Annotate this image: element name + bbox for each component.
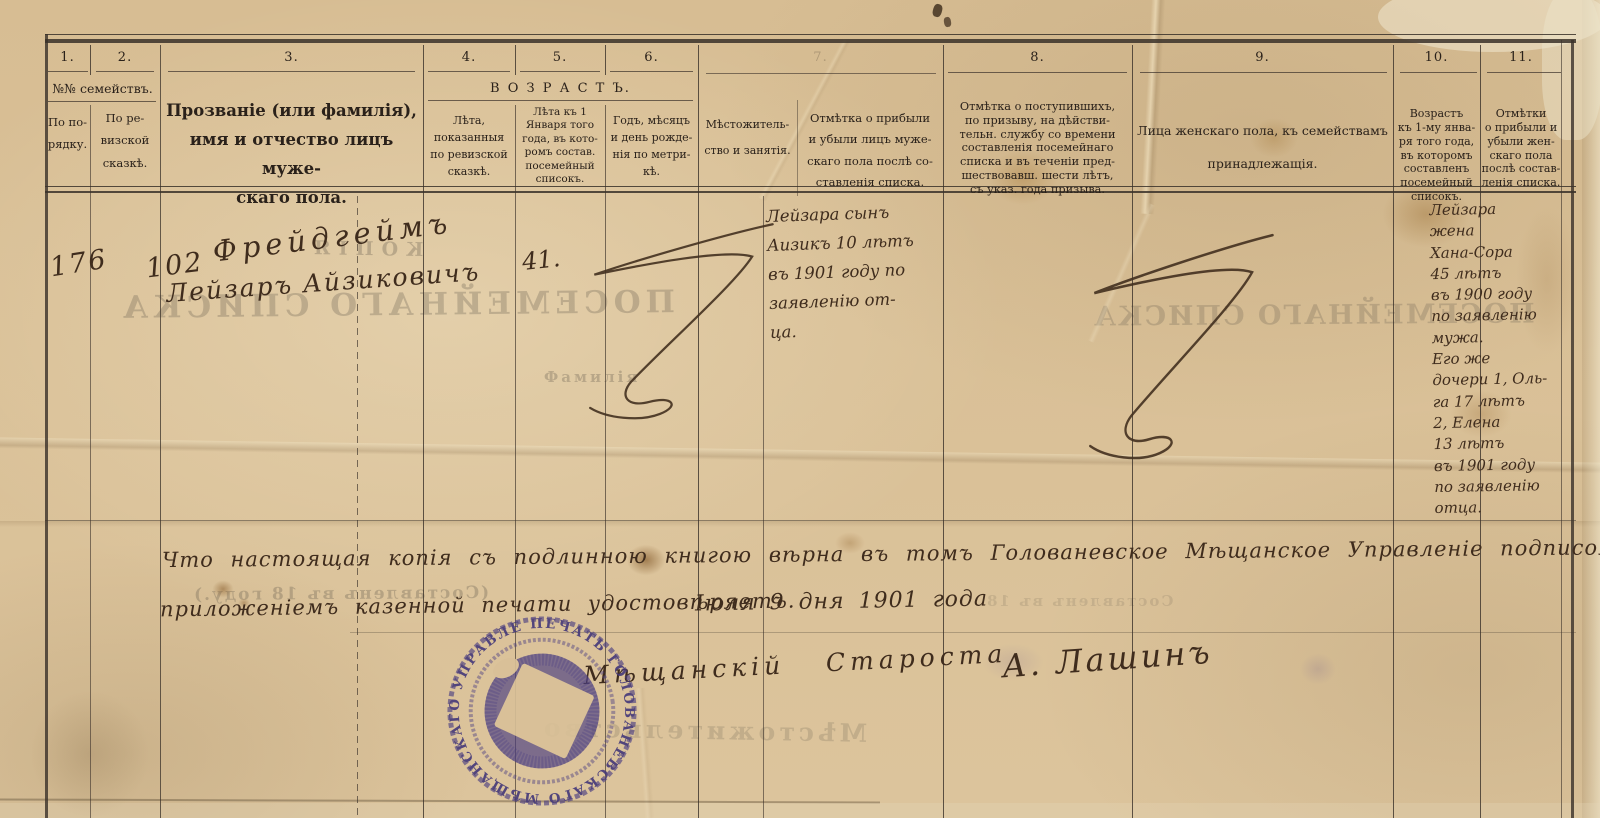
- signer-title: Мѣщанскій Староста: [583, 639, 1008, 690]
- col-line-1-2b: [90, 105, 91, 818]
- stain: [212, 580, 234, 598]
- horizontal-fold-crease: [0, 437, 1600, 473]
- signature: А. Лашинъ: [1001, 633, 1214, 686]
- column-header-male-changes: Отмѣтка о прибыли и убыли лицъ муже- ска…: [797, 108, 943, 193]
- column-header-age-revision: Лѣта, показанныя по ревизской сказкѣ.: [423, 112, 515, 180]
- ink-speck: [931, 3, 943, 18]
- bleed-ghost-sostavlen-right: Составленъ въ 18: [985, 592, 1173, 610]
- column-number-10: 10.: [1393, 50, 1480, 65]
- table-top-border-thin: [45, 34, 1576, 35]
- num-underline: [1400, 72, 1477, 73]
- column-header-age-january: Лѣта къ 1 Января того года, въ кото- ром…: [515, 106, 605, 187]
- group-underline-family: [48, 101, 156, 102]
- table-top-border-thick: [45, 39, 1576, 43]
- age-group-header: В О З Р А С Т Ъ.: [423, 81, 698, 96]
- column-header-residence: Мѣстожитель- ство и занятія.: [698, 112, 797, 165]
- official-round-stamp: ПЕЧАТЬ ГОЛОВАНЕВСКАГО МѢЩАНСКАГО УПРАВЛЕ…: [430, 599, 654, 818]
- num-underline: [520, 71, 600, 72]
- num-underline: [1140, 72, 1387, 73]
- record-order-number: 176: [48, 244, 110, 284]
- bottom-edge-light: [0, 803, 1600, 818]
- num-underline: [610, 71, 693, 72]
- column-number-2: 2.: [90, 50, 160, 65]
- column-number-1: 1.: [45, 50, 90, 65]
- column-header-birthdate: Годъ, мѣсяцъ и день рожде- нія по метри-…: [605, 112, 698, 180]
- column-header-conscription: Отмѣтка о поступившихъ, по призыву, на д…: [943, 100, 1132, 196]
- num-underline: [706, 73, 936, 74]
- row-line-shadow: [0, 521, 1600, 527]
- scanned-document-page: КОПІЯ ПОСЕМЕЙНАГО СПИСКА ПОСЕМЕЙНАГО СПИ…: [0, 0, 1600, 818]
- record-age: 41.: [521, 244, 562, 276]
- group-underline-age: [428, 100, 693, 101]
- num-underline: [1487, 72, 1561, 73]
- vertical-crease-top: [1140, 0, 1165, 214]
- column-number-4: 4.: [423, 50, 515, 65]
- num-underline: [168, 71, 415, 72]
- column-number-8: 8.: [943, 50, 1132, 65]
- column-header-female-changes: Отмѣтки о прибыли и убыли жен- скаго пол…: [1480, 107, 1562, 190]
- column-header-order: По по- рядку.: [45, 112, 90, 156]
- column-number-11: 11.: [1480, 50, 1562, 65]
- column-number-9: 9.: [1132, 50, 1393, 65]
- certification-line-1: Что настоящая копія съ подлинною книгою …: [162, 536, 1562, 572]
- strikeout-flourish-male: [582, 198, 787, 420]
- record-row-bottom-line: [45, 520, 1576, 521]
- column-number-6: 6.: [605, 50, 698, 65]
- table-right-border-outer: [1571, 40, 1574, 818]
- column-header-name: Прозваніе (или фамилія), имя и отчество …: [160, 97, 423, 213]
- column-header-female: Лица женскаго пола, къ семействамъ прина…: [1132, 115, 1393, 180]
- num-underline: [96, 71, 154, 72]
- num-underline: [48, 71, 88, 72]
- column-header-revision: По ре- визской сказкѣ.: [90, 107, 160, 174]
- column-number-5: 5.: [515, 50, 605, 65]
- stamp-smudge: [1300, 653, 1336, 685]
- record-male-change-note: Лейзара сынъ Аизикъ 10 лѣтъ въ 1901 году…: [766, 197, 943, 347]
- num-underline: [948, 72, 1127, 73]
- family-numbers-group-header: №№ семействъ.: [45, 81, 160, 96]
- column-number-3: 3.: [160, 50, 423, 65]
- certification-date: Іюля 9 дня 1901 года: [695, 586, 988, 616]
- strikeout-flourish-female: [1082, 205, 1287, 460]
- column-header-female-age: Возрастъ къ 1-му янва- ря того года, въ …: [1393, 107, 1480, 204]
- record-female-change-note: Лейзара жена Хана-Сора 45 лѣтъ въ 1900 г…: [1429, 198, 1559, 520]
- num-underline: [428, 71, 510, 72]
- ink-speck: [943, 16, 952, 27]
- column-number-7: 7.: [698, 50, 943, 65]
